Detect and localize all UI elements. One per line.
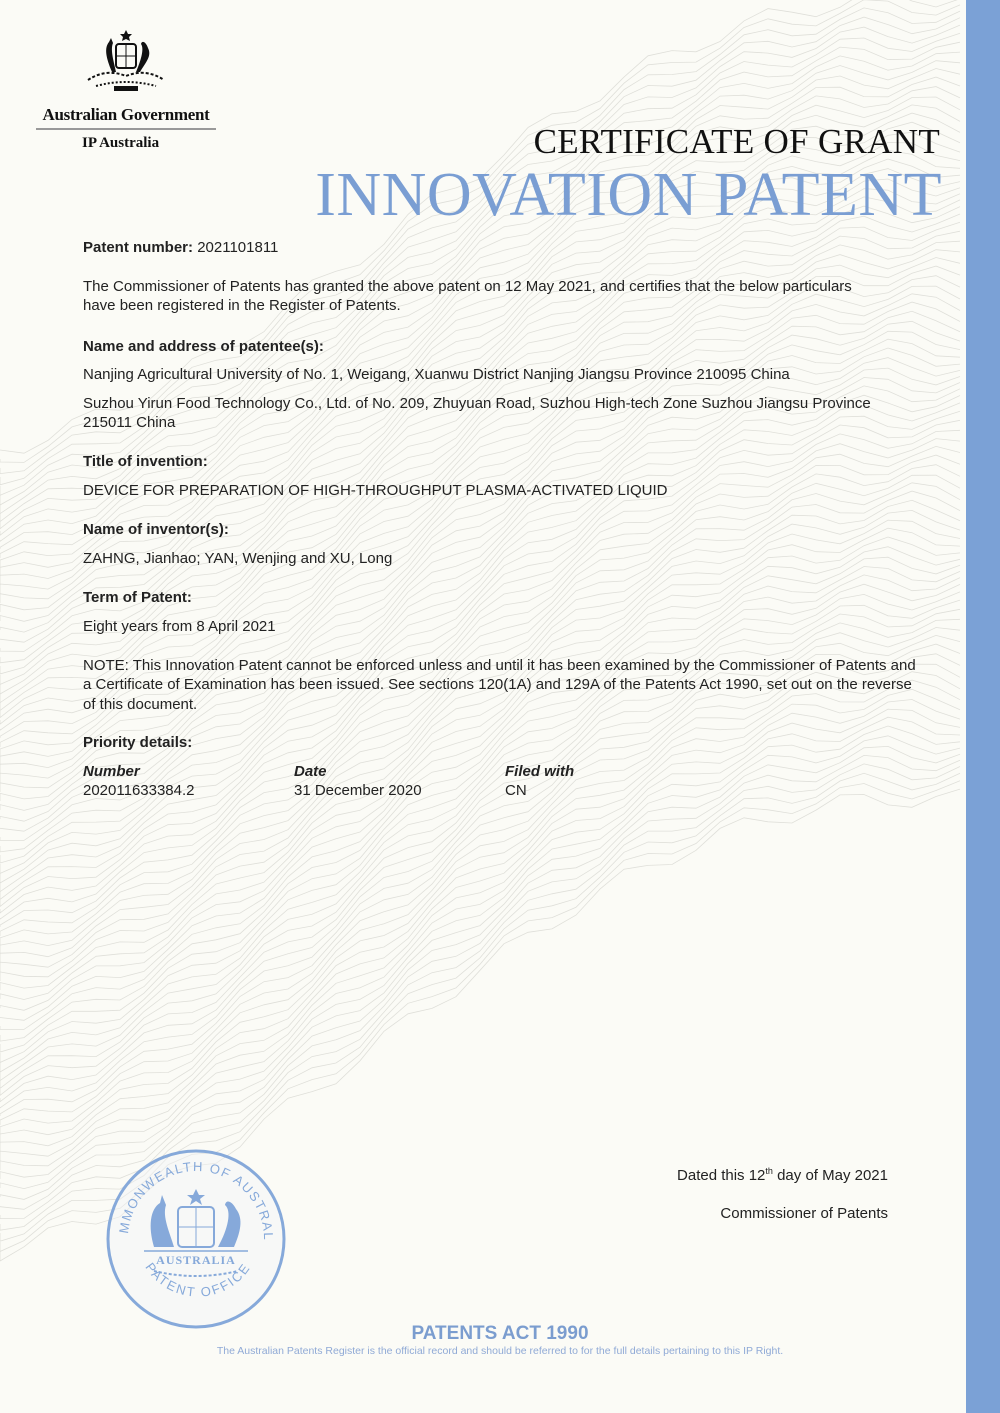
coat-of-arms-icon <box>76 28 176 98</box>
priority-table: Number Date Filed with 202011633384.2 31… <box>83 762 933 801</box>
inventors-value: ZAHNG, Jianhao; YAN, Wenjing and XU, Lon… <box>83 549 933 569</box>
register-disclaimer: The Australian Patents Register is the o… <box>0 1345 1000 1357</box>
priority-header-filed-with: Filed with <box>505 762 716 782</box>
side-stripe <box>966 0 1000 1413</box>
term-label: Term of Patent: <box>83 588 933 608</box>
priority-filed-with: CN <box>505 781 716 801</box>
priority-label: Priority details: <box>83 733 933 753</box>
inventors-label: Name of inventor(s): <box>83 520 933 540</box>
enforcement-note: NOTE: This Innovation Patent cannot be e… <box>83 656 928 715</box>
svg-text:AUSTRALIA: AUSTRALIA <box>156 1253 236 1267</box>
patent-number: Patent number: 2021101811 <box>83 238 933 258</box>
government-name: Australian Government <box>36 105 216 130</box>
priority-date: 31 December 2020 <box>294 781 505 801</box>
signatory: Commissioner of Patents <box>720 1205 888 1222</box>
patentees-label: Name and address of patentee(s): <box>83 337 933 357</box>
certificate-title: CERTIFICATE OF GRANT <box>534 122 940 162</box>
dated-line: Dated this 12th day of May 2021 <box>677 1166 888 1184</box>
invention-title: DEVICE FOR PREPARATION OF HIGH-THROUGHPU… <box>83 481 933 501</box>
patent-number-value: 2021101811 <box>197 239 278 256</box>
australian-government-logo: Australian Government IP Australia <box>36 28 216 152</box>
priority-number: 202011633384.2 <box>83 781 294 801</box>
patentee-item: Suzhou Yirun Food Technology Co., Ltd. o… <box>83 394 913 433</box>
certificate-body: Patent number: 2021101811 The Commission… <box>83 238 933 801</box>
patent-type-title: INNOVATION PATENT <box>315 160 942 231</box>
patentee-item: Nanjing Agricultural University of No. 1… <box>83 365 933 385</box>
certificate-page: Australian Government IP Australia CERTI… <box>0 0 966 1413</box>
grant-statement: The Commissioner of Patents has granted … <box>83 277 883 316</box>
table-row: 202011633384.2 31 December 2020 CN <box>83 781 933 801</box>
priority-header-date: Date <box>294 762 505 782</box>
patents-act-heading: PATENTS ACT 1990 <box>0 1323 1000 1345</box>
agency-name: IP Australia <box>36 135 216 152</box>
patent-office-seal: COMMONWEALTH OF AUSTRALIA PATENT OFFICE … <box>104 1147 288 1331</box>
priority-header-number: Number <box>83 762 294 782</box>
priority-header-row: Number Date Filed with <box>83 762 933 782</box>
title-label: Title of invention: <box>83 452 933 472</box>
term-value: Eight years from 8 April 2021 <box>83 617 933 637</box>
